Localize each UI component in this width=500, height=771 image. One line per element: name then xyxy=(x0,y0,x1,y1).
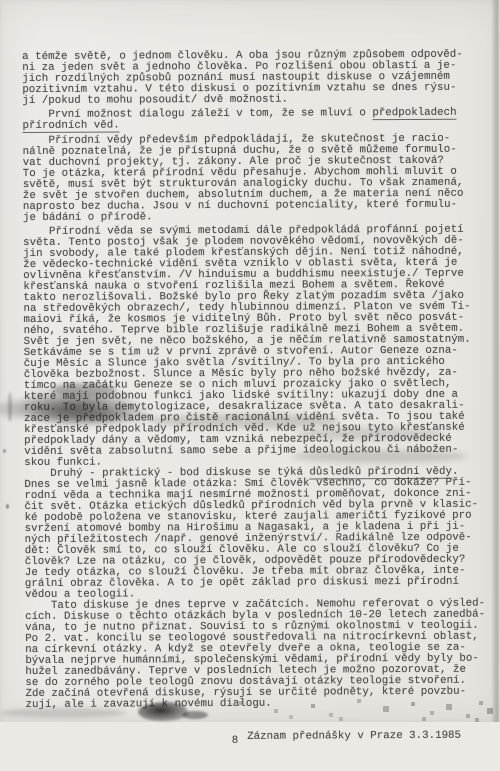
text-line: jí /pokud to mohu posoudit/ dvě možnosti… xyxy=(22,94,492,107)
underlined-text: předpokladech xyxy=(372,107,456,120)
paragraph: Tato diskuse je dnes teprve v začátcích.… xyxy=(25,599,496,711)
paragraph: Přírodní vědy především předpokládají, ž… xyxy=(23,134,493,224)
paragraph: Druhý - praktický - bod diskuse se týká … xyxy=(24,467,495,601)
typewritten-text: a témže světě, o jednom člověku. A oba j… xyxy=(22,28,496,722)
document-page: a témže světě, o jednom člověku. A oba j… xyxy=(0,0,500,722)
margin-mark xyxy=(3,449,6,453)
text-segment: zují, ale i zavazují k novému dialogu. xyxy=(26,698,272,711)
margin-mark xyxy=(8,392,12,422)
text-line: přírodních věd. xyxy=(22,119,492,132)
underlined-text: přírodních věd. xyxy=(22,119,119,133)
page-body-text: a témže světě, o jednom člověku. A oba j… xyxy=(22,50,495,711)
paragraph: a témže světě, o jednom člověku. A oba j… xyxy=(22,50,492,107)
text-segment: jí /pokud to mohu posoudit/ dvě možnosti… xyxy=(22,94,288,107)
paragraph: Přírodní věda se svými metodami dále pře… xyxy=(23,225,494,469)
text-line: je bádání o přírodě. xyxy=(23,211,493,224)
paragraph: První možnost dialogu záleží v tom, že s… xyxy=(22,108,492,132)
text-segment: je bádání o přírodě. xyxy=(23,211,153,224)
margin-mark xyxy=(6,504,9,509)
text-line: zují, ale i zavazují k novému dialogu. xyxy=(26,698,496,711)
